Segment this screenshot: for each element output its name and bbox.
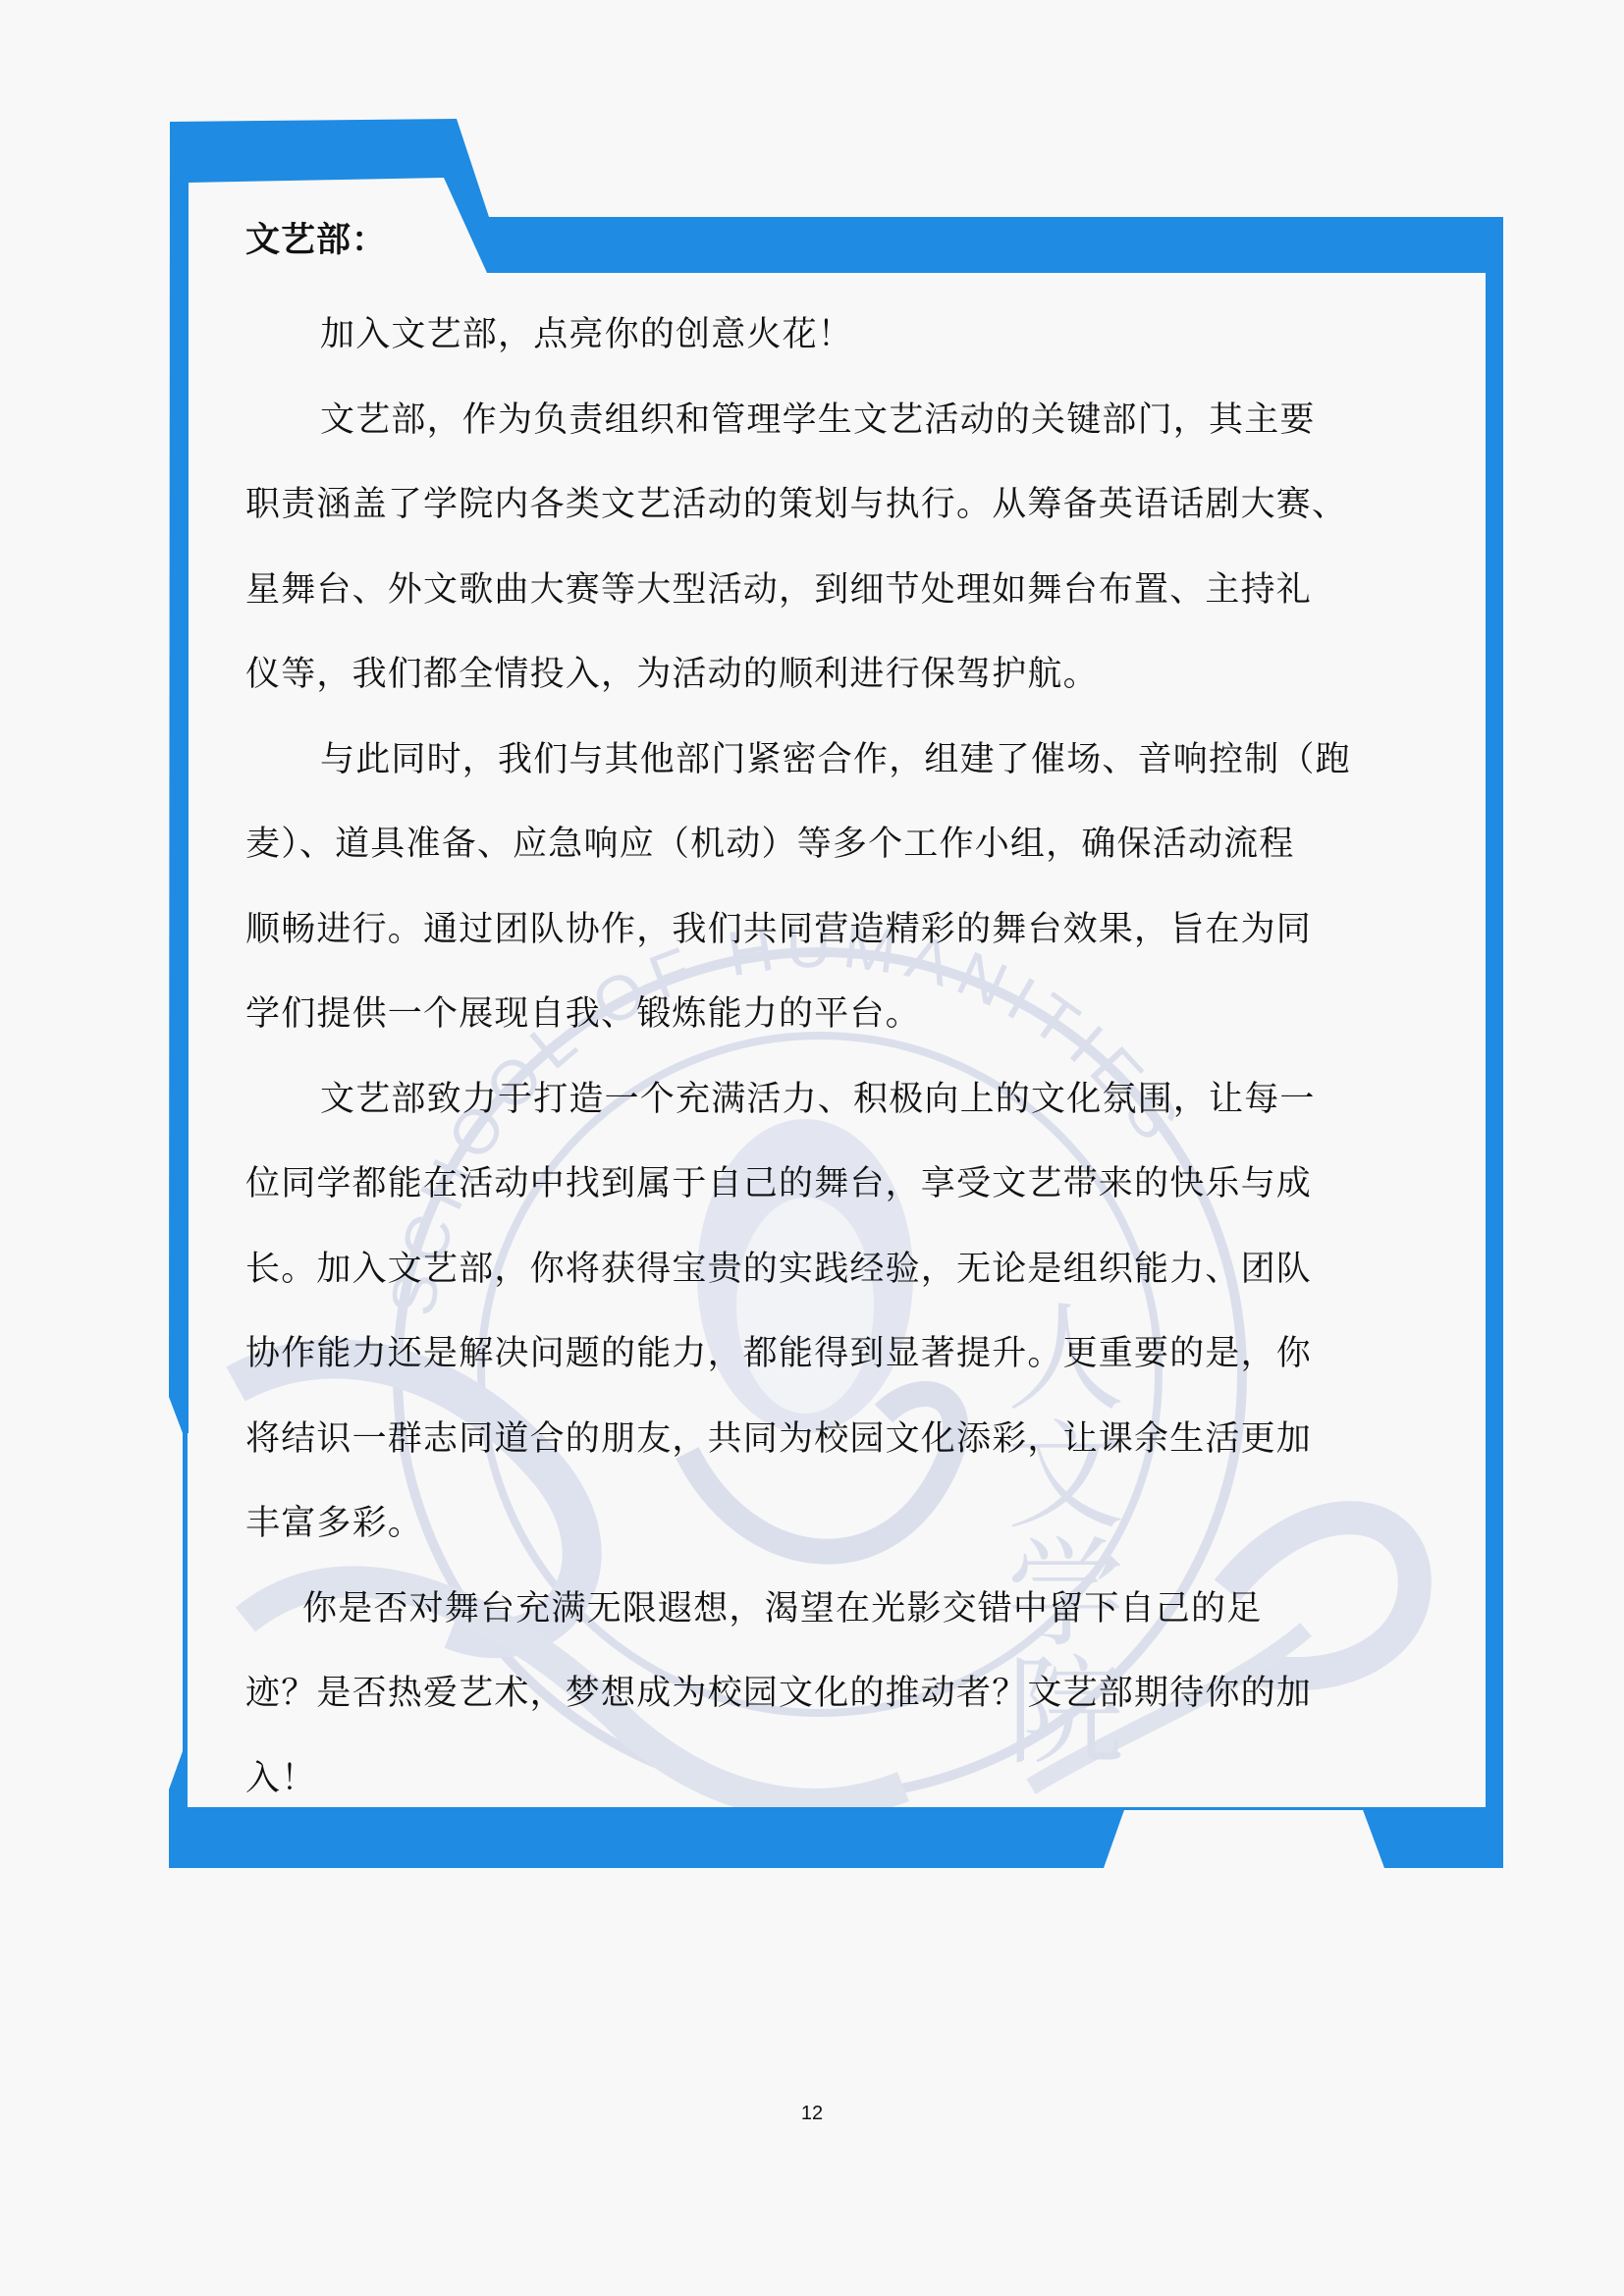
text-line: 麦）、道具准备、应急响应（机动）等多个工作小组，确保活动流程 xyxy=(245,802,1384,887)
paragraph-invitation: 你是否对舞台充满无限遐想，渴望在光影交错中留下自己的足 迹？是否热爱艺术，梦想成… xyxy=(245,1567,1384,1822)
section-title: 文艺部： xyxy=(245,206,387,275)
paragraph-teamwork: 与此同时，我们与其他部门紧密合作，组建了催场、音响控制（跑 麦）、道具准备、应急… xyxy=(245,718,1384,1057)
paragraph-benefits: 文艺部致力于打造一个充满活力、积极向上的文化氛围，让每一 位同学都能在活动中找到… xyxy=(245,1057,1384,1567)
text-line: 顺畅进行。通过团队协作，我们共同营造精彩的舞台效果，旨在为同 xyxy=(245,887,1384,973)
paragraph-responsibilities: 文艺部，作为负责组织和管理学生文艺活动的关键部门，其主要 职责涵盖了学院内各类文… xyxy=(245,378,1384,718)
text-line: 文艺部致力于打造一个充满活力、积极向上的文化氛围，让每一 xyxy=(245,1057,1384,1143)
paragraph-intro: 加入文艺部，点亮你的创意火花！ xyxy=(245,293,1384,378)
text-line: 职责涵盖了学院内各类文艺活动的策划与执行。从筹备英语话剧大赛、 xyxy=(245,462,1384,548)
text-line: 入！ xyxy=(245,1736,1384,1822)
page-number: 12 xyxy=(0,2103,1624,2125)
text-line: 仪等，我们都全情投入，为活动的顺利进行保驾护航。 xyxy=(245,632,1384,718)
text-line: 你是否对舞台充满无限遐想，渴望在光影交错中留下自己的足 xyxy=(245,1567,1384,1652)
document-page: SCHOOL OF HUMANITIES 人文学院 xyxy=(0,0,1624,2296)
text-line: 迹？是否热爱艺术，梦想成为校园文化的推动者？文艺部期待你的加 xyxy=(245,1651,1384,1736)
text-line: 位同学都能在活动中找到属于自己的舞台，享受文艺带来的快乐与成 xyxy=(245,1142,1384,1227)
text-line: 长。加入文艺部，你将获得宝贵的实践经验，无论是组织能力、团队 xyxy=(245,1227,1384,1312)
text-line: 学们提供一个展现自我、锻炼能力的平台。 xyxy=(245,972,1384,1057)
text-line: 丰富多彩。 xyxy=(245,1481,1384,1567)
text-line: 加入文艺部，点亮你的创意火花！ xyxy=(245,293,1384,378)
text-line: 文艺部，作为负责组织和管理学生文艺活动的关键部门，其主要 xyxy=(245,378,1384,463)
text-line: 与此同时，我们与其他部门紧密合作，组建了催场、音响控制（跑 xyxy=(245,718,1384,803)
text-line: 协作能力还是解决问题的能力，都能得到显著提升。更重要的是，你 xyxy=(245,1311,1384,1397)
text-line: 将结识一群志同道合的朋友，共同为校园文化添彩，让课余生活更加 xyxy=(245,1397,1384,1482)
text-line: 星舞台、外文歌曲大赛等大型活动，到细节处理如舞台布置、主持礼 xyxy=(245,548,1384,633)
body-text: 加入文艺部，点亮你的创意火花！ 文艺部，作为负责组织和管理学生文艺活动的关键部门… xyxy=(245,293,1384,1821)
